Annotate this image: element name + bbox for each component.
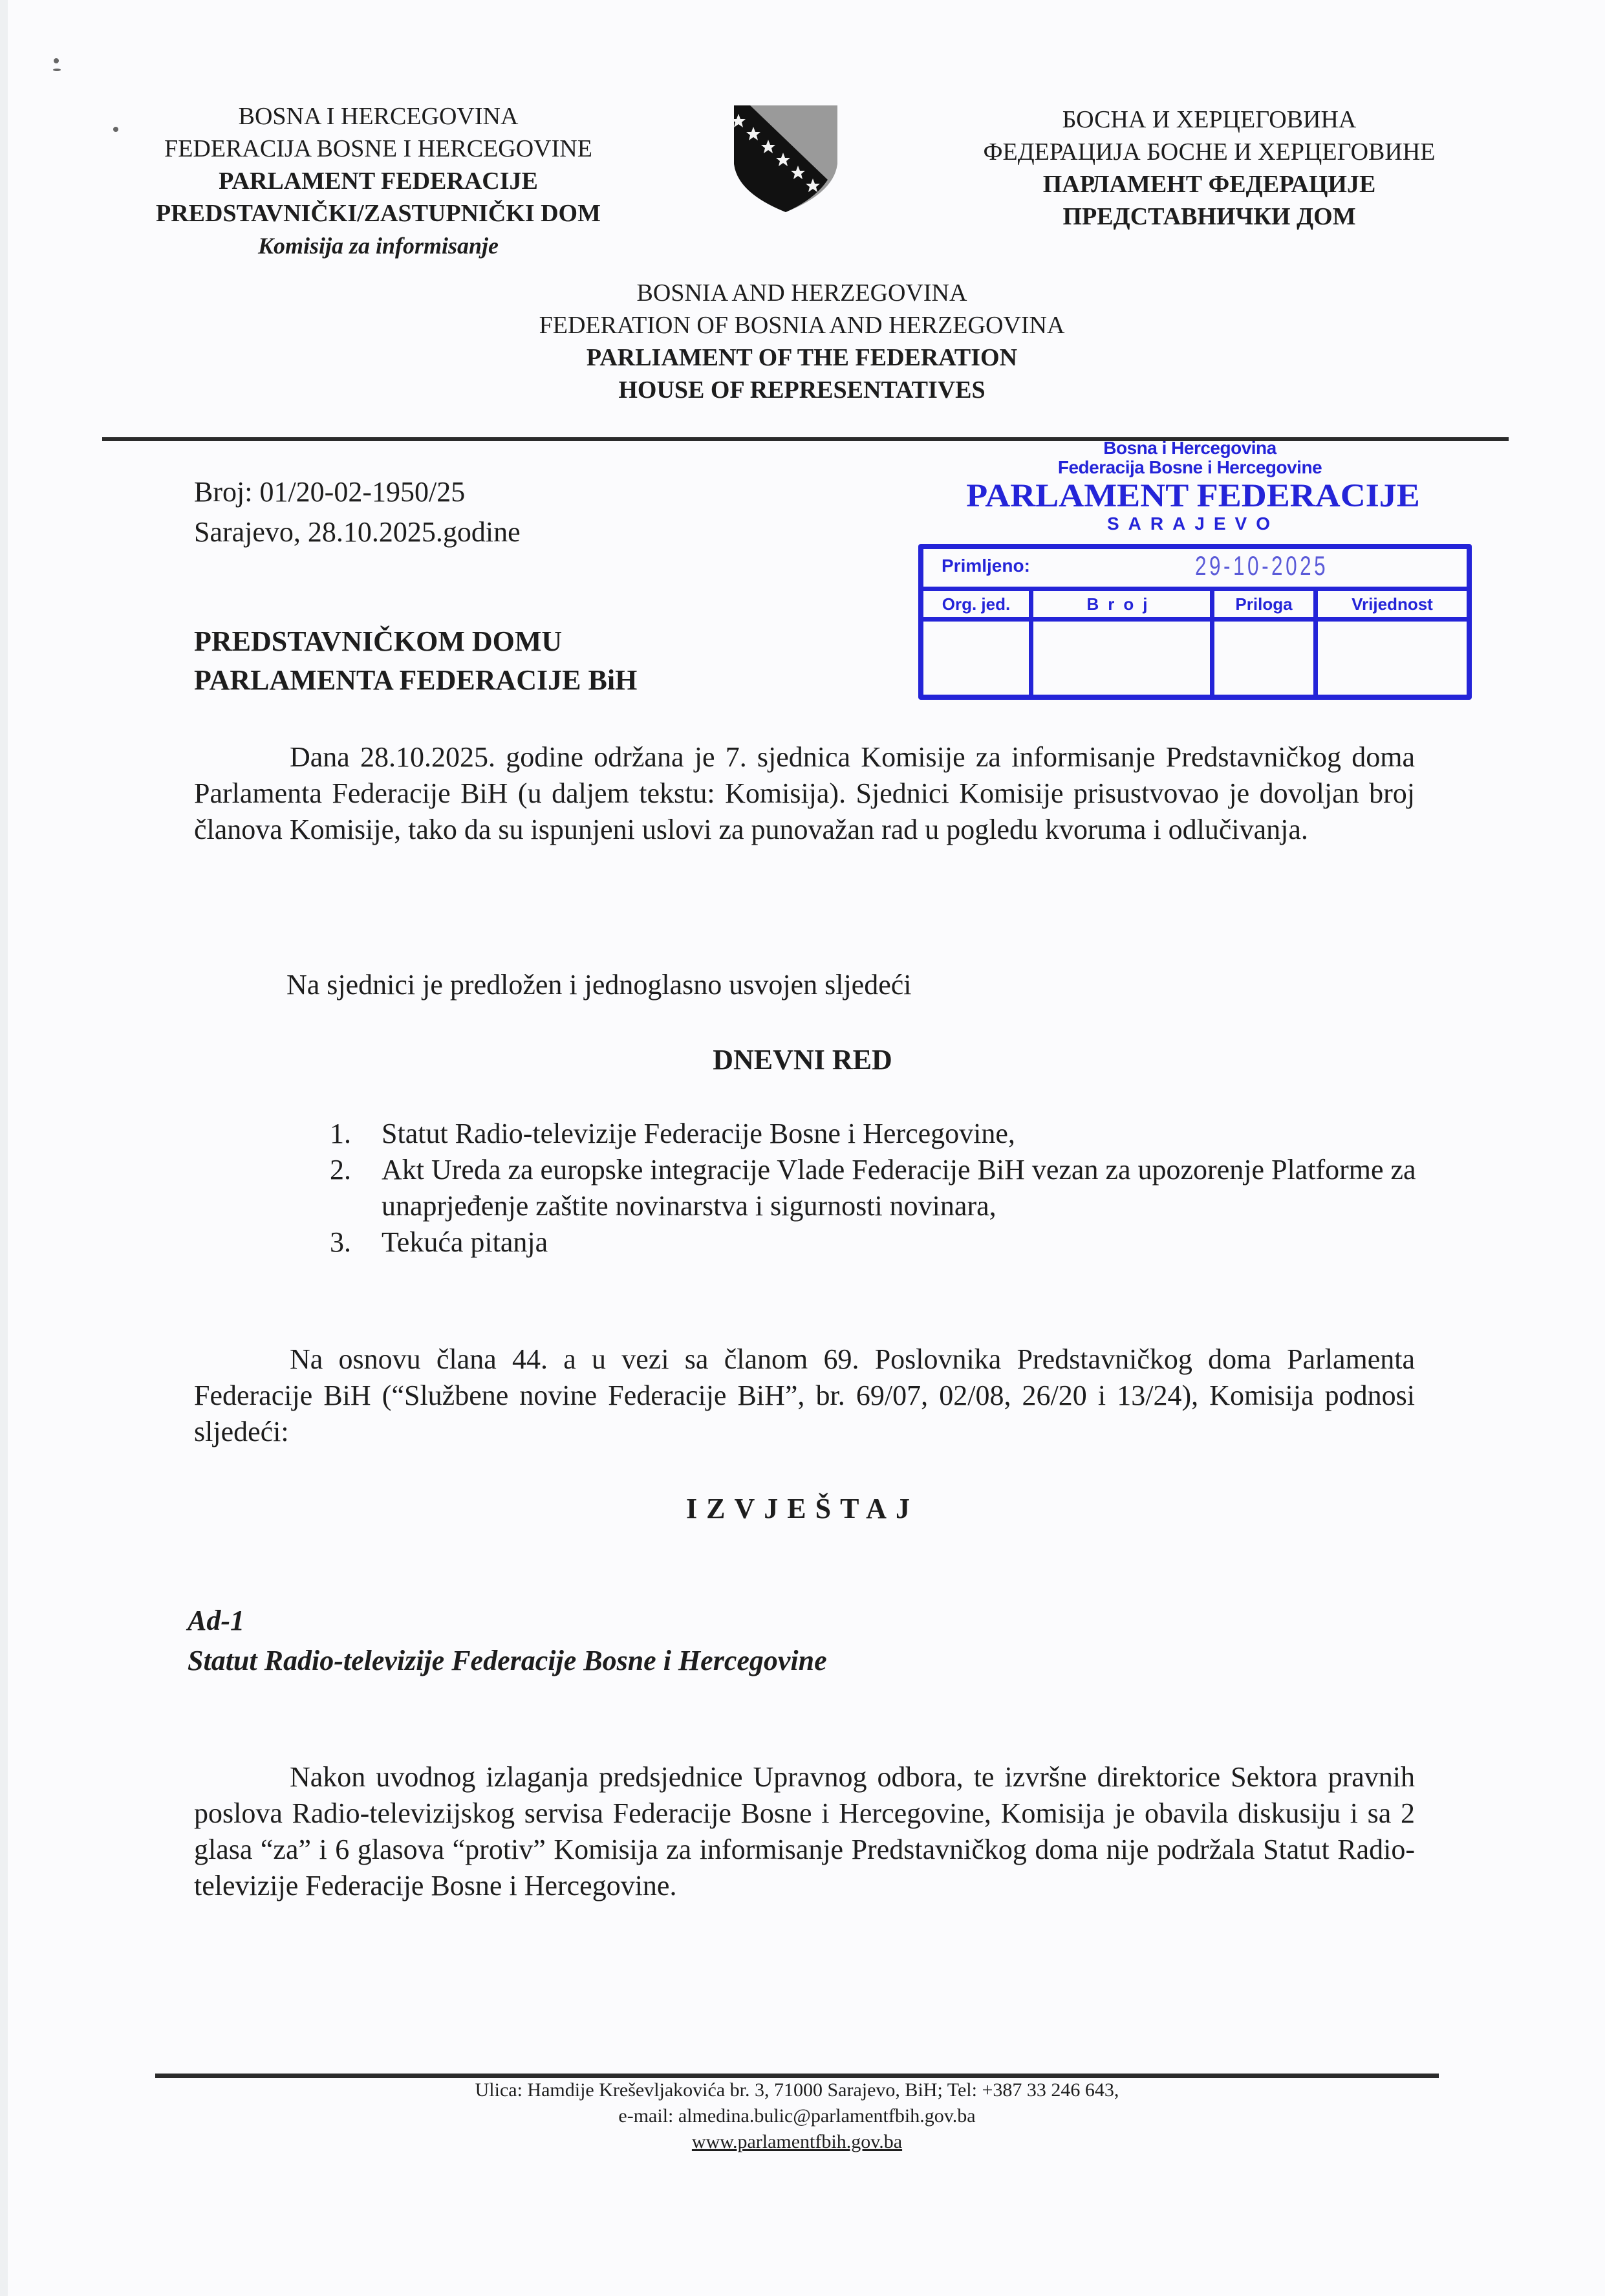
agenda-item: 2.Akt Ureda za europske integracije Vlad…: [330, 1152, 1455, 1224]
stamp-column-header: Broj: [1033, 591, 1210, 622]
agenda-item-text: Statut Radio-televizije Federacije Bosne…: [382, 1118, 1015, 1149]
federation-name-english: FEDERATION OF BOSNIA AND HERZEGOVINA: [388, 309, 1216, 341]
agenda-item-number: 3.: [330, 1224, 351, 1261]
federation-name-cyrillic: ФЕДЕРАЦИЈА БОСНЕ И ХЕРЦЕГОВИНЕ: [925, 136, 1494, 168]
federation-name: FEDERACIJA BOSNE I HERCEGOVINE: [116, 133, 640, 165]
stamp-column: Broj: [1033, 591, 1214, 695]
addressee-line: PARLAMENTA FEDERACIJE BiH: [194, 661, 637, 700]
stamp-city: SARAJEVO: [912, 514, 1474, 534]
legal-basis-paragraph: Na osnovu člana 44. a u vezi sa članom 6…: [194, 1341, 1415, 1450]
addressee: PREDSTAVNIČKOM DOMU PARLAMENTA FEDERACIJ…: [194, 622, 637, 700]
item-title: Statut Radio-televizije Federacije Bosne…: [188, 1644, 827, 1677]
commission-name: Komisija za informisanje: [116, 230, 640, 262]
letterhead-latin: BOSNA I HERCEGOVINA FEDERACIJA BOSNE I H…: [116, 100, 640, 262]
stamp-column: Org. jed.: [923, 591, 1033, 695]
stamp-column: Priloga: [1214, 591, 1318, 695]
intro-paragraph: Dana 28.10.2025. godine održana je 7. sj…: [194, 739, 1415, 848]
footer-website-link[interactable]: www.parlamentfbih.gov.ba: [155, 2129, 1439, 2155]
bih-coat-of-arms-icon: [731, 102, 841, 213]
scan-speck: [53, 69, 61, 71]
agenda-item: 3.Tekuća pitanja: [330, 1224, 1455, 1261]
letterhead-cyrillic: БОСНА И ХЕРЦЕГОВИНА ФЕДЕРАЦИЈА БОСНЕ И Х…: [925, 103, 1494, 233]
stamp-registry-box: Primljeno: 29-10-2025 Org. jed. Broj Pri…: [918, 544, 1472, 700]
stamp-columns: Org. jed. Broj Priloga Vrijednost: [923, 591, 1467, 695]
stamp-column: Vrijednost: [1318, 591, 1467, 695]
house-name: PREDSTAVNIČKI/ZASTUPNIČKI DOM: [116, 197, 640, 230]
item-label: Ad-1: [188, 1604, 244, 1637]
reference-number: Broj: 01/20-02-1950/25: [194, 472, 521, 512]
stamp-country: Bosna i Hercegovina: [989, 439, 1390, 458]
scan-speck: [54, 58, 59, 63]
stamp-column-header: Vrijednost: [1318, 591, 1467, 622]
footer-address: Ulica: Hamdije Kreševljakovića br. 3, 71…: [155, 2077, 1439, 2103]
addressee-line: PREDSTAVNIČKOM DOMU: [194, 622, 637, 661]
country-name-english: BOSNIA AND HERZEGOVINA: [388, 277, 1216, 309]
house-name-english: HOUSE OF REPRESENTATIVES: [388, 374, 1216, 406]
agenda-item-text: Akt Ureda za europske integracije Vlade …: [382, 1154, 1416, 1222]
stamp-parliament: PARLAMENT FEDERACIJE: [912, 478, 1474, 512]
stamp-federation: Federacija Bosne i Hercegovine: [989, 458, 1390, 477]
document-reference: Broj: 01/20-02-1950/25 Sarajevo, 28.10.2…: [194, 472, 521, 552]
place-date: Sarajevo, 28.10.2025.godine: [194, 512, 521, 552]
house-name-cyrillic: ПРЕДСТАВНИЧКИ ДОМ: [925, 200, 1494, 233]
agenda-list: 1.Statut Radio-televizije Federacije Bos…: [330, 1116, 1455, 1261]
agenda-title: DNEVNI RED: [0, 1043, 1605, 1076]
received-stamp: Bosna i Hercegovina Federacija Bosne i H…: [912, 439, 1474, 697]
letterhead-english: BOSNIA AND HERZEGOVINA FEDERATION OF BOS…: [388, 277, 1216, 406]
footer: Ulica: Hamdije Kreševljakovića br. 3, 71…: [155, 2077, 1439, 2155]
stamp-column-header: Priloga: [1214, 591, 1313, 622]
stamp-received-row: Primljeno: 29-10-2025: [923, 549, 1467, 591]
agenda-item-text: Tekuća pitanja: [382, 1226, 548, 1258]
agenda-item: 1.Statut Radio-televizije Federacije Bos…: [330, 1116, 1455, 1152]
country-name-cyrillic: БОСНА И ХЕРЦЕГОВИНА: [925, 103, 1494, 136]
footer-email[interactable]: e-mail: almedina.bulic@parlamentfbih.gov…: [155, 2103, 1439, 2129]
stamp-received-label: Primljeno:: [942, 556, 1030, 576]
parliament-name-english: PARLIAMENT OF THE FEDERATION: [388, 341, 1216, 374]
agenda-item-number: 2.: [330, 1152, 351, 1188]
item-paragraph: Nakon uvodnog izlaganja predsjednice Upr…: [194, 1759, 1415, 1904]
scan-page-edge: [0, 0, 8, 2296]
agenda-intro: Na sjednici je predložen i jednoglasno u…: [286, 967, 1450, 1003]
parliament-name-cyrillic: ПАРЛАМЕНТ ФЕДЕРАЦИЈЕ: [925, 168, 1494, 200]
agenda-item-number: 1.: [330, 1116, 351, 1152]
stamp-received-date: 29-10-2025: [1195, 550, 1328, 581]
country-name: BOSNA I HERCEGOVINA: [116, 100, 640, 133]
stamp-column-header: Org. jed.: [923, 591, 1029, 622]
report-title: IZVJEŠTAJ: [0, 1492, 1605, 1525]
parliament-name: PARLAMENT FEDERACIJE: [116, 165, 640, 197]
